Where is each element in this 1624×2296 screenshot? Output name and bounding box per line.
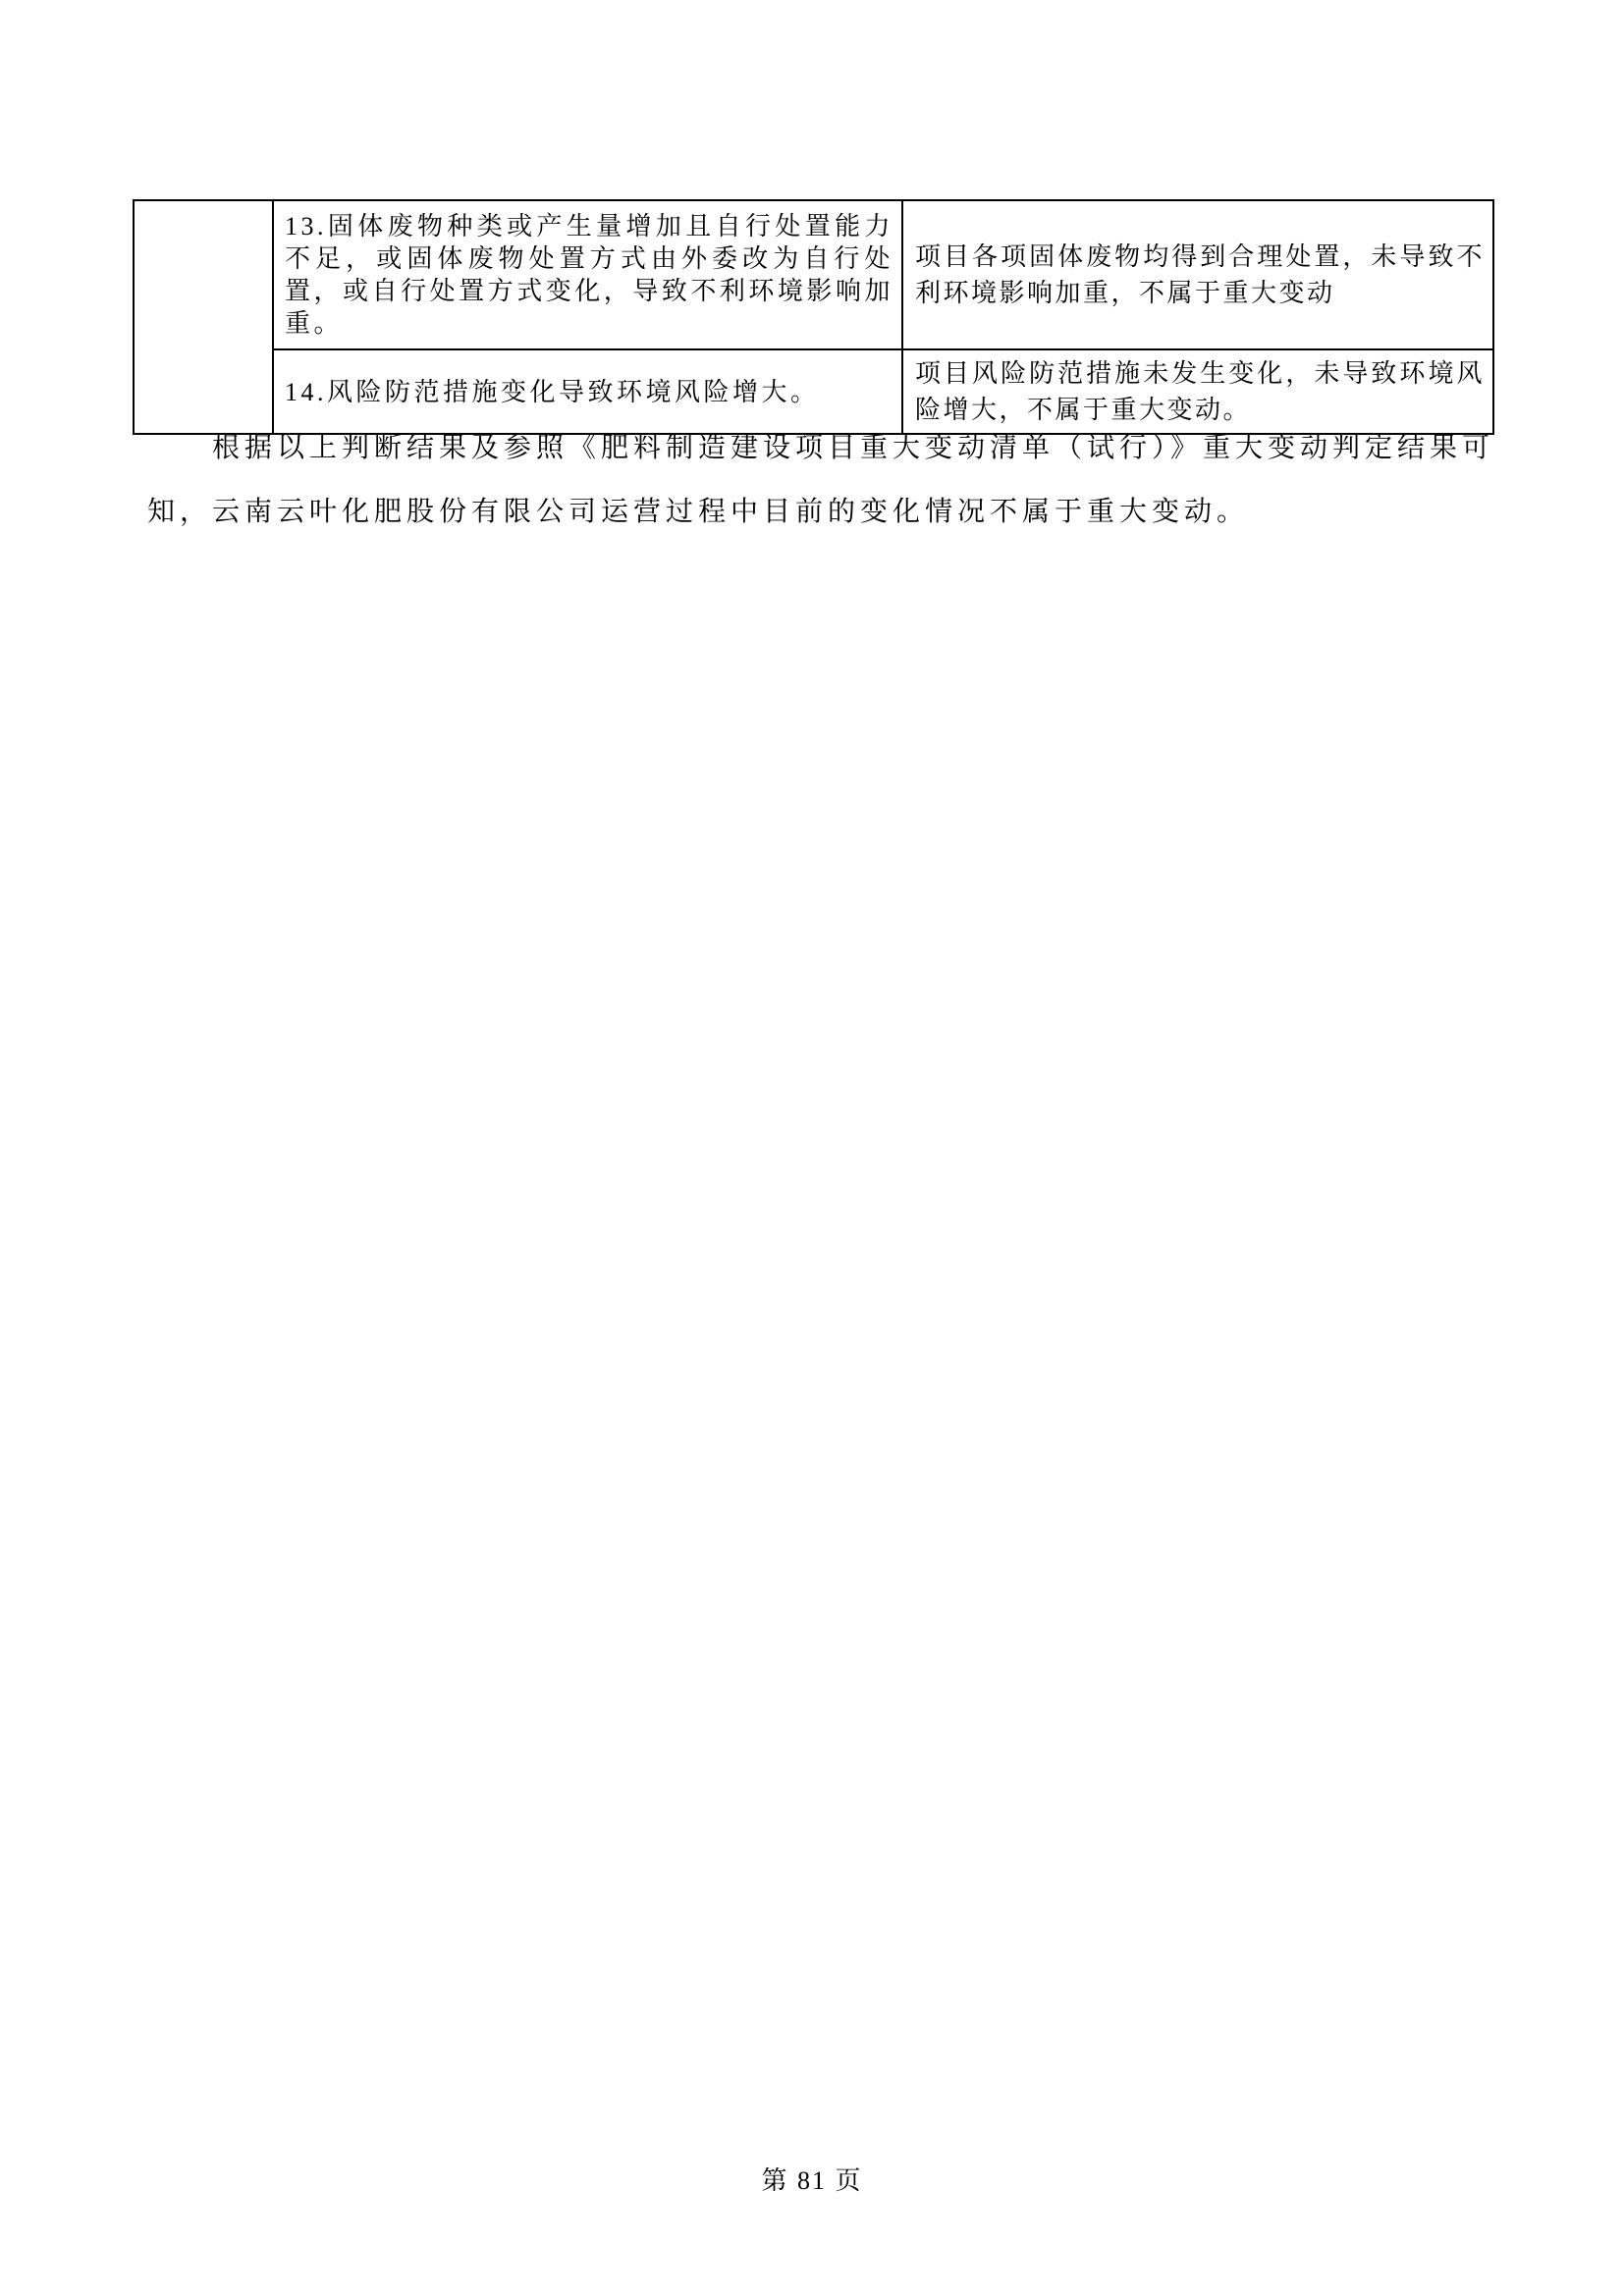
criterion-cell: 13.固体废物种类或产生量增加且自行处置能力不足，或固体废物处置方式由外委改为自… — [273, 200, 902, 349]
table-row: 13.固体废物种类或产生量增加且自行处置能力不足，或固体废物处置方式由外委改为自… — [134, 200, 1493, 349]
category-cell-empty — [134, 200, 273, 434]
conclusion-paragraph: 根据以上判断结果及参照《肥料制造建设项目重大变动清单（试行）》重大变动判定结果可… — [147, 416, 1494, 544]
page-number: 第 81 页 — [0, 2161, 1624, 2197]
document-page: 13.固体废物种类或产生量增加且自行处置能力不足，或固体废物处置方式由外委改为自… — [0, 0, 1624, 2296]
major-change-judgment-table: 13.固体废物种类或产生量增加且自行处置能力不足，或固体废物处置方式由外委改为自… — [133, 199, 1494, 435]
judgment-result-cell: 项目各项固体废物均得到合理处置，未导致不利环境影响加重，不属于重大变动 — [902, 200, 1493, 349]
